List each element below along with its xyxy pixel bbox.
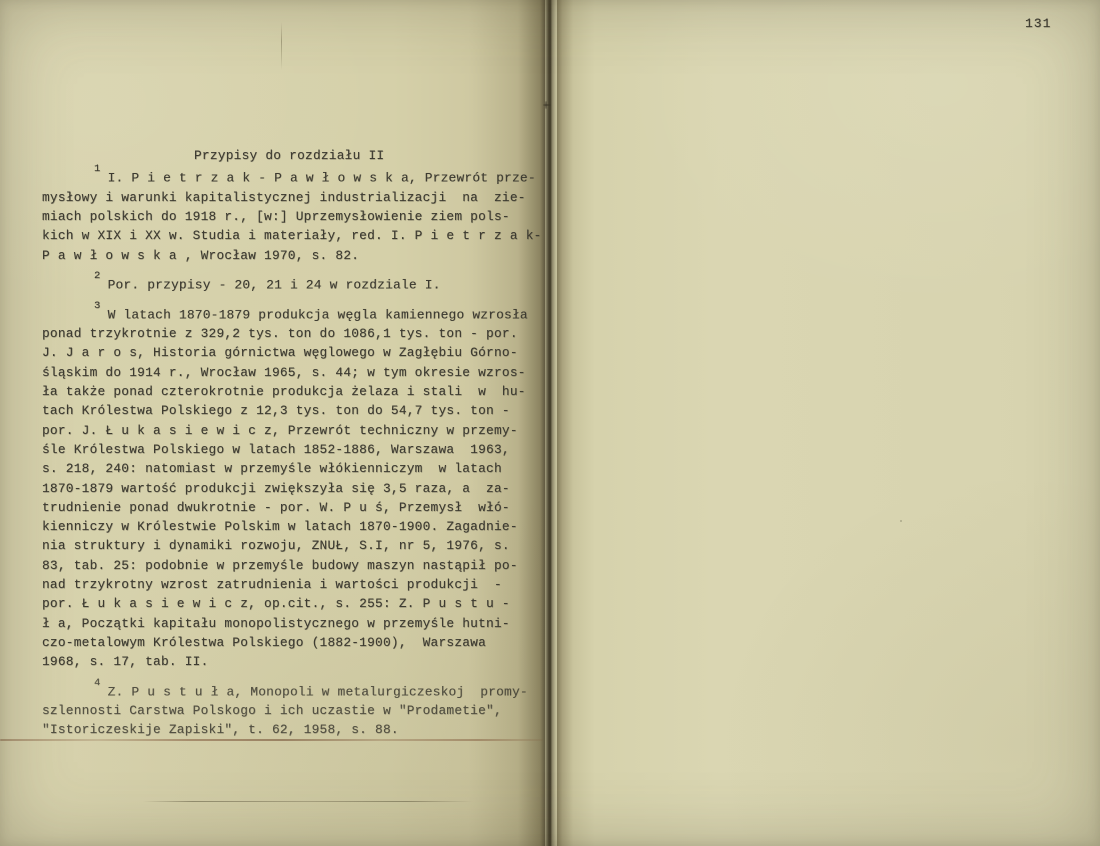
footnote-1: 1I. P i e t r z a k - P a w ł o w s k a,… xyxy=(42,165,545,265)
footnote-text: I. P i e t r z a k - P a w ł o w s k a, … xyxy=(42,171,542,263)
footnote-number: 3 xyxy=(94,297,101,316)
left-page: Przypisy do rozdziału II 1I. P i e t r z… xyxy=(0,0,545,846)
scan-speck xyxy=(120,640,122,642)
scan-speck xyxy=(900,520,902,522)
paper-crease xyxy=(0,739,543,741)
page-number: 131 xyxy=(1025,16,1051,31)
scan-speck xyxy=(545,101,547,109)
right-page: 131 5Kryzys lat osiemdziesiątych XIX w. … xyxy=(557,0,1100,846)
footnote-number: 4 xyxy=(94,674,101,693)
footnote-number: 2 xyxy=(94,267,101,286)
footnote-text: Z. P u s t u ł a, Monopoli w metalurgicz… xyxy=(42,684,528,738)
pencil-mark xyxy=(143,801,473,802)
footnote-4: 4Z. P u s t u ł a, Monopoli w metalurgic… xyxy=(42,679,545,740)
footnote-3: 3W latach 1870-1879 produkcja węgla kami… xyxy=(42,302,545,672)
left-text-column: Przypisy do rozdziału II 1I. P i e t r z… xyxy=(42,0,545,747)
footnote-text: Por. przypisy - 20, 21 i 24 w rozdziale … xyxy=(108,277,441,292)
paper-crease-vertical xyxy=(281,22,282,70)
footnote-number: 1 xyxy=(94,160,101,179)
footnote-text: W latach 1870-1879 produkcja węgla kamie… xyxy=(42,307,528,669)
book-scan: Przypisy do rozdziału II 1I. P i e t r z… xyxy=(0,0,1100,846)
chapter-notes-heading: Przypisy do rozdziału II xyxy=(194,146,545,165)
footnote-2: 2Por. przypisy - 20, 21 i 24 w rozdziale… xyxy=(42,272,545,295)
